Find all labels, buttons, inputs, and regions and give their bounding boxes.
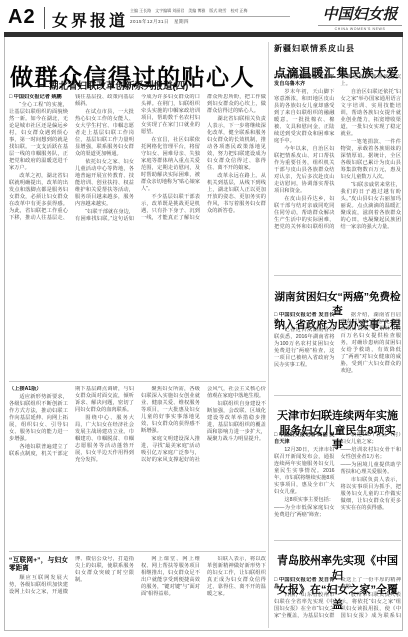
article-paragraph: 据介绍，湖南省自启动农村妇女“两癌”免费检查项目以来，已累计为数百万名妇女提供检… xyxy=(341,312,402,375)
logo-chinese-text: 中国妇女报 xyxy=(318,3,402,24)
article-paragraph: 妇联人表示，将以改革创新精神做好新形势下的妇女工作，让妇联组织真正成为妇女群众信… xyxy=(207,556,266,598)
tianjin-headline-line1: 天津市妇联连续两年实施 xyxy=(277,410,398,422)
article-paragraph: “全心工程”的实施，让基层妇联组织的面貌焕然一新。如今在湖北，无论是城市社区还是… xyxy=(9,102,68,172)
article-paragraph: 湖北省妇联相关负责人表示，下一步将继续深化改革，健全联系和服务妇女群众的长效机制… xyxy=(207,116,266,172)
article-paragraph: ——为全市低保家庭妇女免费进行“两癌”筛查； xyxy=(274,505,335,519)
date-line: 2015年12月31日 星期四 xyxy=(130,17,290,25)
article-paragraph: 12月30日，天津市妇联召开新闻发布会，通报连续两年实施服务妇女儿童民生实事情况… xyxy=(274,447,335,496)
tianjin-article-body: □ 中国妇女报记者 高丽 发自天津12月30日，天津市妇联召开新闻发布会，通报连… xyxy=(274,432,401,537)
editor-credits: 主编 王长路 文字编辑 刘丽君 美编 博雅 版式 晓雪 校对 正梅 xyxy=(130,8,290,17)
section-divider xyxy=(9,551,266,552)
article-paragraph: 今年以来，自治区妇联把情系皮山、对口帮扶作为重要任务，组织机关干部与皮山县各族群… xyxy=(274,146,335,195)
logo-english-text: CHINA WOMEN'S NEWS xyxy=(318,25,402,31)
article-paragraph: 聚焦妇女所需，各级妇联深入实施妇女创业就业、健康关爱、维权服务等项目，一大批惠及… xyxy=(141,386,200,435)
article-byline: □ 中国妇女报记者 姚鹏 xyxy=(9,94,68,101)
xinjiang-article-body: □ 中国妇女报记者 王江平 发自乌鲁木齐岁末年初，天山脚下寒意渐浓，和田地区皮山… xyxy=(274,74,401,271)
masthead-credits: 主编 王长路 文字编辑 刘丽君 美编 博雅 版式 晓雪 校对 正梅 2015年1… xyxy=(130,8,290,25)
article-byline: □ 中国妇女报记者 高丽 发自天津 xyxy=(274,432,335,446)
article-paragraph: ——为困境儿童提供助学帮扶和心理关爱服务。 xyxy=(341,462,402,476)
article-paragraph: 岁末年初，天山脚下寒意渐浓，和田地区皮山县的各族妇女儿童却感受到了来自妇联组织的… xyxy=(274,89,335,145)
article-paragraph: 妇联组织自身建设不断加强，会改联、区域化建设等改革举措稳步推进，基层妇联组织的覆… xyxy=(207,401,266,443)
kicker: 新疆妇联情系皮山县 xyxy=(274,43,355,54)
hunan-article-body: □ 中国妇女报记者 发自长沙记者近日从湖南省妇联获悉，2016年湖南省将为100… xyxy=(274,312,401,392)
article-paragraph: 一笔笔捐款、一件件物资，承载着各族姐妹的深情厚谊。据统计，全区各级妇联已累计为皮… xyxy=(341,139,402,181)
article-byline: □ 中国妇女报记者 发自青岛 xyxy=(274,577,335,591)
article-paragraph: 这8项实事主要包括： xyxy=(274,497,335,504)
article-paragraph: 自治区妇联还依托“妇女之家”举办国家通用语言文字培训、实用技能培训，帮助各族妇女… xyxy=(341,89,402,138)
article-paragraph: 记者近日从湖南省妇联获悉，2016年湖南省将为100万名农村贫困妇女免费进行“两… xyxy=(274,327,335,369)
continuation-body-lower: “互联网+”，与妇女零距离顺应互联网发展大势，各级妇联组织加快建设网上妇女之家，… xyxy=(9,556,266,628)
article-paragraph: 适应新形势新要求，各级妇联组织不断创新工作方式方法，推动妇联工作向基层延伸、向网… xyxy=(9,394,68,443)
article-paragraph: 依托妇女之家、妇女儿童活动中心等阵地，各地普遍开展宣传教育、技能培训、创业扶持、… xyxy=(75,159,134,208)
column-rule xyxy=(268,42,269,628)
header-divider xyxy=(44,7,45,29)
article-byline: □ 中国妇女报记者 王江平 发自乌鲁木齐 xyxy=(274,74,335,88)
article-paragraph: ——培训农村妇女骨干和女性创业者1万名； xyxy=(341,447,402,461)
article-paragraph: 网上课堂、网上维权、网上帮扶等服务项目相继推出，妇女群众足不出户就能享受到便捷高… xyxy=(141,556,200,598)
page-number: A2 xyxy=(8,6,36,29)
article-paragraph: 在宜昌，社区妇联依托网格化管理平台，将留守妇女、困难母亲、失独家庭等群体纳入重点… xyxy=(141,137,200,193)
article-subhead: “互联网+”，与妇女零距离 xyxy=(9,557,68,573)
article-paragraph: 改革永远在路上。从机关到基层，从线下到线上，湖北妇联人正以更加开放的姿态、更加务… xyxy=(207,173,266,215)
section-divider xyxy=(274,395,401,396)
qingdao-article-body: □ 中国妇女报记者 发自青岛日前，山东省胶州市妇联在全省率先实现《中国妇女报》在… xyxy=(274,577,401,628)
section-divider xyxy=(274,540,401,541)
article-paragraph: 市妇联负责人表示，将以实事项目为抓手，把服务妇女儿童的工作做实做细，让妇女群众有… xyxy=(341,477,402,512)
continuation-body-upper: （上接A1版）适应新形势新要求，各级妇联组织不断创新工作方式方法，推动妇联工作向… xyxy=(9,386,266,547)
article-byline: （上接A1版） xyxy=(9,386,68,393)
newspaper-page: { "colors": {"header_rule": "#2f2f2f", "… xyxy=(0,0,408,637)
article-paragraph: 在试点市县，一大批热心妇女工作的女能人、女大学生村官、巾帼志愿者走上基层妇联工作… xyxy=(75,109,134,158)
article-paragraph: “妇联亲戚常来常往，我们的日子越过越有盼头。”皮山县妇女古丽加玛丽说。点点滴滴的… xyxy=(341,182,402,231)
section-divider xyxy=(274,275,401,276)
main-subtitle: ——湖北省妇联改革创新系列报道(四) xyxy=(30,78,188,92)
article-byline: □ 中国妇女报记者 发自长沙 xyxy=(274,312,335,326)
main-article-body: □ 中国妇女报记者 姚鹏“全心工程”的实施，让基层妇联组织的面貌焕然一新。如今在… xyxy=(9,94,266,376)
section-divider xyxy=(9,381,266,382)
article-paragraph: 围绕中心、服务大局，广大妇女在经济社会发展主战场建功立业。巾帼建功、巾帼脱贫、巾… xyxy=(75,415,134,464)
article-paragraph: ——新建100个社区（村）妇女儿童之家； xyxy=(341,432,402,446)
section-title: 女界报道 xyxy=(52,8,128,31)
newspaper-logo: 中国妇女报 CHINA WOMEN'S NEWS xyxy=(318,3,402,31)
